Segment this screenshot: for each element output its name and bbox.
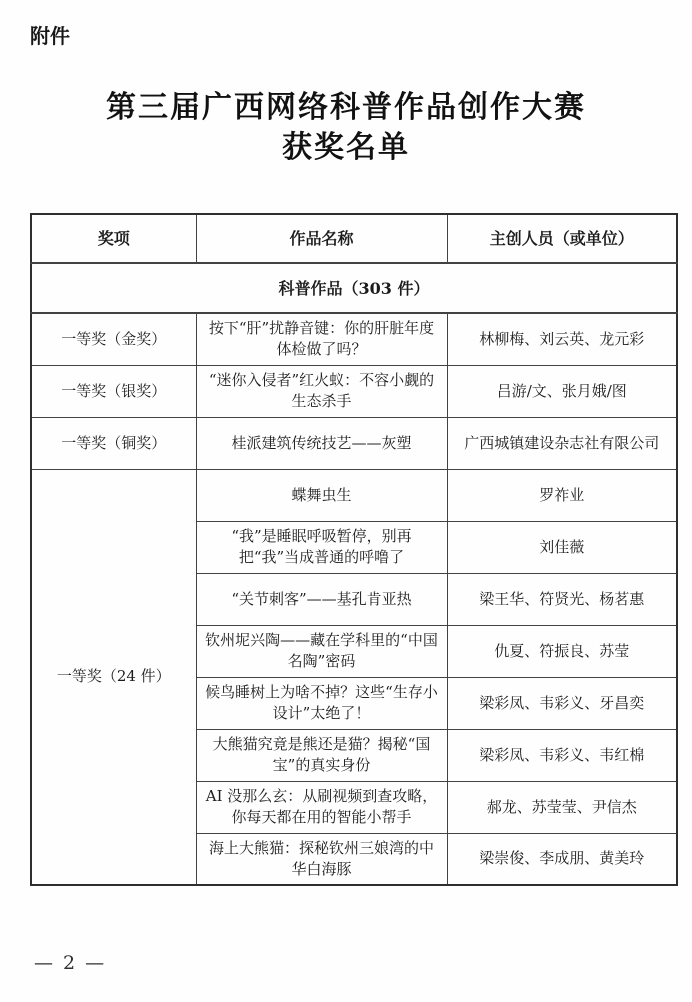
- creators-cell: 罗祚业: [447, 469, 677, 521]
- work-title-cell: “我”是睡眠呼吸暂停，别再把“我”当成普通的呼噜了: [196, 521, 447, 573]
- header-row: 奖项 作品名称 主创人员（或单位）: [31, 214, 677, 263]
- creators-cell: 吕游/文、张月娥/图: [447, 365, 677, 417]
- award-cell: 一等奖（金奖）: [31, 313, 196, 365]
- creators-cell: 林柳梅、刘云英、龙元彩: [447, 313, 677, 365]
- header-award-column: 奖项: [31, 214, 196, 263]
- award-table: 奖项 作品名称 主创人员（或单位） 科普作品（303 件） 一等奖（金奖）按下“…: [30, 213, 678, 886]
- work-title-cell: 蝶舞虫生: [196, 469, 447, 521]
- header-creators-column: 主创人员（或单位）: [447, 214, 677, 263]
- award-table-header: 奖项 作品名称 主创人员（或单位）: [31, 214, 677, 263]
- creators-cell: 梁崇俊、李成朋、黄美玲: [447, 833, 677, 885]
- award-cell: 一等奖（铜奖）: [31, 417, 196, 469]
- creators-cell: 郝龙、苏莹莹、尹信杰: [447, 781, 677, 833]
- work-title-cell: 候鸟睡树上为啥不掉？这些“生存小设计”太绝了！: [196, 677, 447, 729]
- table-row: 一等奖（铜奖）桂派建筑传统技艺——灰塑广西城镇建设杂志社有限公司: [31, 417, 677, 469]
- creators-cell: 刘佳薇: [447, 521, 677, 573]
- creators-cell: 梁彩凤、韦彩义、韦红棉: [447, 729, 677, 781]
- work-title-cell: 钦州坭兴陶——藏在学科里的“中国名陶”密码: [196, 625, 447, 677]
- attachment-label: 附件: [30, 20, 70, 49]
- table-row: 一等奖（24 件）蝶舞虫生罗祚业: [31, 469, 677, 521]
- creators-cell: 仇夏、符振良、苏莹: [447, 625, 677, 677]
- award-cell: 一等奖（24 件）: [31, 469, 196, 885]
- creators-cell: 梁王华、符贤光、杨茗惠: [447, 573, 677, 625]
- document-title-line1: 第三届广西网络科普作品创作大赛: [0, 88, 692, 128]
- creators-cell: 梁彩凤、韦彩义、牙昌奕: [447, 677, 677, 729]
- creators-cell: 广西城镇建设杂志社有限公司: [447, 417, 677, 469]
- table-body: 一等奖（金奖）按下“肝”扰静音键：你的肝脏年度体检做了吗？林柳梅、刘云英、龙元彩…: [31, 313, 677, 885]
- section-row: 科普作品（303 件）: [31, 263, 677, 313]
- work-title-cell: 按下“肝”扰静音键：你的肝脏年度体检做了吗？: [196, 313, 447, 365]
- award-cell: 一等奖（银奖）: [31, 365, 196, 417]
- document-title-line2: 获奖名单: [0, 128, 692, 168]
- table-row: 一等奖（金奖）按下“肝”扰静音键：你的肝脏年度体检做了吗？林柳梅、刘云英、龙元彩: [31, 313, 677, 365]
- document-title: 第三届广西网络科普作品创作大赛 获奖名单: [0, 88, 692, 168]
- header-work-column: 作品名称: [196, 214, 447, 263]
- work-title-cell: 桂派建筑传统技艺——灰塑: [196, 417, 447, 469]
- work-title-cell: AI 没那么玄：从刷视频到查攻略，你每天都在用的智能小帮手: [196, 781, 447, 833]
- work-title-cell: 海上大熊猫：探秘钦州三娘湾的中华白海豚: [196, 833, 447, 885]
- work-title-cell: “迷你入侵者”红火蚁：不容小觑的生态杀手: [196, 365, 447, 417]
- section-title-cell: 科普作品（303 件）: [31, 263, 677, 313]
- work-title-cell: 大熊猫究竟是熊还是猫？揭秘“国宝”的真实身份: [196, 729, 447, 781]
- work-title-cell: “关节刺客”——基孔肯亚热: [196, 573, 447, 625]
- document-page: 附件 第三届广西网络科普作品创作大赛 获奖名单 奖项 作品名称 主创人员（或单位…: [0, 0, 692, 1002]
- table-row: 一等奖（银奖）“迷你入侵者”红火蚁：不容小觑的生态杀手吕游/文、张月娥/图: [31, 365, 677, 417]
- page-number: — 2 —: [34, 952, 106, 974]
